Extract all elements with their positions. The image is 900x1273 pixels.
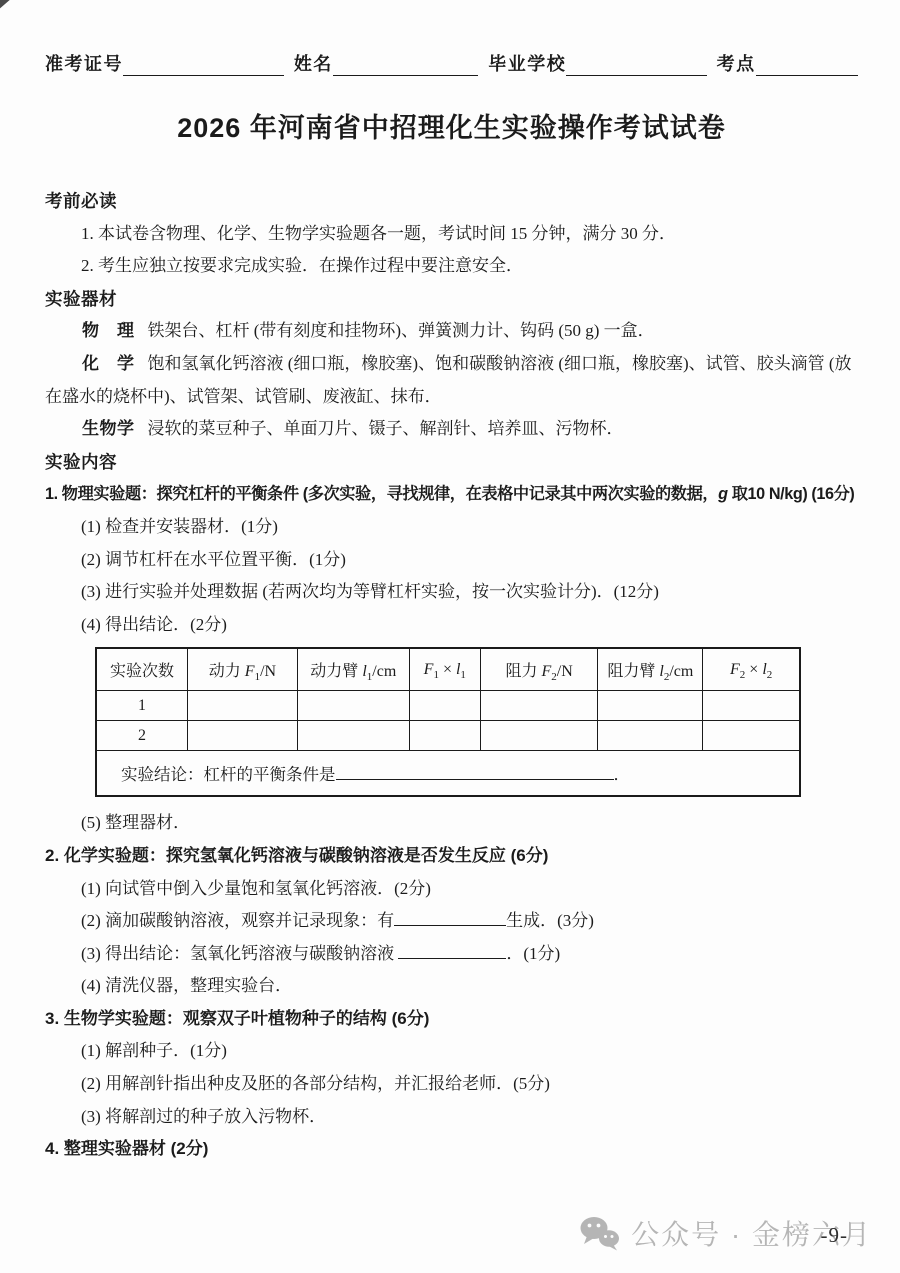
name-blank-line (333, 53, 478, 76)
col-header-trial-number: 实验次数 (96, 648, 188, 691)
conclusion-text: 实验结论：杠杆的平衡条件是 (121, 765, 336, 784)
table-row-trial-2: 2 (96, 721, 800, 751)
conclusion-blank-line (336, 764, 614, 781)
question-1-item-5: (5) 整理器材． (45, 807, 858, 840)
trial-1-empty-cell (409, 691, 480, 721)
question-1-item-2: (2) 调节杠杆在水平位置平衡．(1分) (45, 544, 858, 577)
col-header-resistance-arm: 阻力臂 l2/cm (598, 648, 703, 691)
trial-1-number: 1 (96, 691, 188, 721)
question-4-title: 4. 整理实验器材 (2分) (45, 1133, 858, 1166)
wechat-icon (579, 1215, 621, 1251)
trial-1-empty-cell (188, 691, 298, 721)
question-2-item-2: (2) 滴加碳酸钠溶液，观察并记录现象：有生成．(3分) (45, 905, 858, 938)
question-2-item-3: (3) 得出结论：氢氧化钙溶液与碳酸钠溶液 ．(1分) (45, 938, 858, 971)
equipment-chemistry: 化 学饱和氢氧化钙溶液 (细口瓶，橡胶塞)、饱和碳酸钠溶液 (细口瓶，橡胶塞)、… (45, 348, 858, 413)
equipment-biology-text: 浸软的菜豆种子、单面刀片、镊子、解剖针、培养皿、污物杯． (148, 419, 624, 438)
equipment-heading: 实验器材 (45, 283, 858, 316)
table-header-row: 实验次数 动力 F1/N 动力臂 l1/cm F1 × l1 阻力 F2/N 阻… (96, 648, 800, 691)
question-3-item-2: (2) 用解剖针指出种皮及胚的各部分结构，并汇报给老师．(5分) (45, 1068, 858, 1101)
question-3-item-1: (1) 解剖种子．(1分) (45, 1035, 858, 1068)
conclusion-cell: 实验结论：杠杆的平衡条件是． (96, 751, 800, 797)
school-blank-line (566, 53, 706, 76)
equipment-physics-text: 铁架台、杠杆 (带有刻度和挂物环)、弹簧测力计、钩码 (50 g) 一盒． (148, 321, 655, 340)
trial-2-empty-cell (703, 721, 800, 751)
exam-site-blank-line (756, 53, 858, 76)
col-header-f1-times-l1: F1 × l1 (409, 648, 480, 691)
question-2-item-1: (1) 向试管中倒入少量饱和氢氧化钙溶液．(2分) (45, 873, 858, 906)
trial-2-empty-cell (409, 721, 480, 751)
pre-exam-item-2: 2. 考生应独立按要求完成实验．在操作过程中要注意安全． (45, 250, 858, 283)
equipment-chemistry-text: 饱和氢氧化钙溶液 (细口瓶，橡胶塞)、饱和碳酸钠溶液 (细口瓶，橡胶塞)、试管、… (45, 354, 852, 406)
question-1-title-post: 取10 N/kg) (16分) (728, 485, 855, 503)
col-header-effort-arm: 动力臂 l1/cm (297, 648, 409, 691)
question-1-title: 1. 物理实验题：探究杠杆的平衡条件 (多次实验，寻找规律，在表格中记录其中两次… (45, 478, 858, 511)
page-title: 2026 年河南省中招理化生实验操作考试试卷 (45, 106, 858, 145)
question-2-item-3-post: ．(1分) (506, 944, 560, 963)
trial-2-empty-cell (297, 721, 409, 751)
question-2-item-2-blank-line (394, 909, 506, 926)
exam-paper-page: 准考证号 姓名 毕业学校 考点 2026 年河南省中招理化生实验操作考试试卷 考… (0, 0, 900, 1273)
equipment-physics-label: 物 理 (82, 321, 135, 340)
table-row-trial-1: 1 (96, 691, 800, 721)
table-conclusion-row: 实验结论：杠杆的平衡条件是． (96, 751, 800, 797)
question-2-item-4: (4) 清洗仪器，整理实验台． (45, 970, 858, 1003)
question-2-item-2-post: 生成．(3分) (506, 911, 594, 930)
exam-site-label: 考点 (717, 50, 756, 76)
trial-2-number: 2 (96, 721, 188, 751)
trial-1-empty-cell (703, 691, 800, 721)
page-number: -9- (821, 1223, 849, 1248)
pre-exam-heading: 考前必读 (45, 185, 858, 218)
trial-2-empty-cell (188, 721, 298, 751)
candidate-info-row: 准考证号 姓名 毕业学校 考点 (45, 0, 858, 76)
exam-number-blank-line (123, 53, 284, 76)
pre-exam-item-1: 1. 本试卷含物理、化学、生物学实验题各一题，考试时间 15 分钟，满分 30 … (45, 218, 858, 251)
experiment-data-table: 实验次数 动力 F1/N 动力臂 l1/cm F1 × l1 阻力 F2/N 阻… (95, 647, 801, 797)
school-label: 毕业学校 (488, 50, 566, 76)
name-label: 姓名 (294, 50, 333, 76)
question-1-item-1: (1) 检查并安装器材．(1分) (45, 511, 858, 544)
equipment-physics: 物 理铁架台、杠杆 (带有刻度和挂物环)、弹簧测力计、钩码 (50 g) 一盒． (45, 315, 858, 348)
question-3-title: 3. 生物学实验题：观察双子叶植物种子的结构 (6分) (45, 1003, 858, 1036)
trial-1-empty-cell (598, 691, 703, 721)
scan-artifact (0, 0, 12, 13)
question-3-item-3: (3) 将解剖过的种子放入污物杯． (45, 1101, 858, 1134)
exam-number-label: 准考证号 (45, 50, 123, 76)
question-1-title-pre: 1. 物理实验题：探究杠杆的平衡条件 (多次实验，寻找规律，在表格中记录其中两次… (45, 485, 718, 503)
trial-1-empty-cell (480, 691, 598, 721)
trial-1-empty-cell (297, 691, 409, 721)
trial-2-empty-cell (480, 721, 598, 751)
question-1-item-3: (3) 进行实验并处理数据 (若两次均为等臂杠杆实验，按一次实验计分)．(12分… (45, 576, 858, 609)
col-header-effort-force: 动力 F1/N (188, 648, 298, 691)
question-2-item-2-pre: (2) 滴加碳酸钠溶液，观察并记录现象：有 (81, 911, 394, 930)
col-header-resistance-force: 阻力 F2/N (480, 648, 598, 691)
question-1-item-4: (4) 得出结论．(2分) (45, 609, 858, 642)
question-2-title: 2. 化学实验题：探究氢氧化钙溶液与碳酸钠溶液是否发生反应 (6分) (45, 840, 858, 873)
question-2-item-3-pre: (3) 得出结论：氢氧化钙溶液与碳酸钠溶液 (81, 944, 398, 963)
equipment-chemistry-label: 化 学 (82, 354, 135, 373)
col-header-f2-times-l2: F2 × l2 (703, 648, 800, 691)
trial-2-empty-cell (598, 721, 703, 751)
content-heading: 实验内容 (45, 446, 858, 479)
equipment-biology: 生物学浸软的菜豆种子、单面刀片、镊子、解剖针、培养皿、污物杯． (45, 413, 858, 446)
conclusion-period: ． (614, 765, 631, 784)
equipment-biology-label: 生物学 (82, 419, 135, 438)
question-2-item-3-blank-line (398, 942, 506, 959)
question-1-title-variable-g: g (718, 485, 728, 503)
